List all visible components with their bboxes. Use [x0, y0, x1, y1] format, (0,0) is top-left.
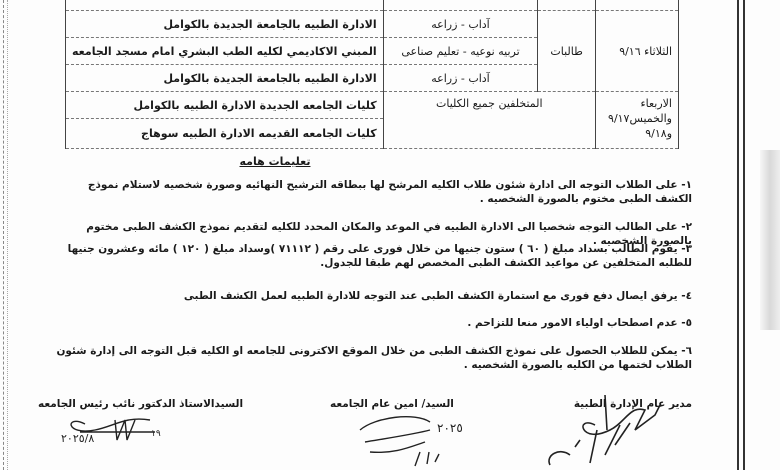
gender-cell: طالبات [538, 11, 596, 92]
location-cell [66, 0, 384, 11]
signature-secretary-general: ٢٠٢٥ [355, 412, 475, 470]
instruction-item-5: ٥- عدم اصطحاب اولياء الامور منعا للتزاحم… [52, 316, 692, 330]
day-cell [595, 0, 678, 11]
scan-edge-shadow [760, 150, 780, 330]
gender-cell [538, 0, 596, 11]
instruction-item-1: ١- على الطلاب التوجه الى ادارة شئون طلاب… [52, 178, 692, 206]
location-cell: الادارة الطبيه بالجامعة الجديدة بالكوامل [66, 11, 384, 38]
instruction-item-3: ٣- يقوم الطالب بسداد مبلغ ( ٦٠ ) ستون جن… [52, 242, 692, 270]
signature-medical-director [535, 385, 675, 470]
svg-text:١٩: ١٩ [151, 429, 161, 439]
location-cell: الادارة الطبيه بالجامعة الجديدة بالكوامل [66, 65, 384, 92]
signature-vice-president: ٢٠٢٥/٨ ١٩ [55, 410, 175, 450]
table-row: الاربعاء والخميس٩/١٧ و٩/١٨ المتخلفين جمي… [66, 92, 679, 119]
location-cell: المبني الاكاديمي لكليه الطب البشري امام … [66, 38, 384, 65]
faculty-cell: المتخلفين جميع الكليات [383, 92, 595, 149]
day-line: الاربعاء [602, 96, 672, 111]
instruction-item-4: ٤- يرفق ايصال دفع فورى مع استمارة الكشف … [52, 289, 692, 303]
location-cell: كليات الجامعه الجديدة الادارة الطبيه بال… [66, 92, 384, 119]
faculty-cell: آداب - زراعه [383, 11, 538, 38]
schedule-table: الثلاثاء ٩/١٦ طالبات آداب - زراعه الادار… [65, 0, 679, 149]
signature-title-secretary-general: السيد/ امين عام الجامعه [330, 398, 454, 410]
faculty-cell: تربيه نوعيه - تعليم صناعى [383, 38, 538, 65]
instructions-title: تعليمات هامه [0, 155, 780, 168]
signature-title-vice-president: السيدالاستاذ الدكتور نائب رئيس الجامعه [38, 398, 243, 410]
page-left-edge [3, 0, 8, 470]
svg-text:٢٠٢٥: ٢٠٢٥ [437, 421, 463, 435]
day-line: و٩/١٨ [602, 126, 672, 141]
day-cell: الثلاثاء ٩/١٦ [595, 11, 678, 92]
day-cell: الاربعاء والخميس٩/١٧ و٩/١٨ [595, 92, 678, 149]
day-line: والخميس٩/١٧ [602, 111, 672, 126]
instruction-item-6: ٦- يمكن للطلاب الحصول على نموذج الكشف ال… [52, 344, 692, 372]
svg-text:٢٠٢٥/٨: ٢٠٢٥/٨ [61, 432, 94, 445]
table-row: الثلاثاء ٩/١٦ طالبات آداب - زراعه الادار… [66, 11, 679, 38]
faculty-cell [383, 0, 538, 11]
table-row [66, 0, 679, 11]
location-cell: كليات الجامعه القديمه الادارة الطبيه سوه… [66, 119, 384, 149]
faculty-cell: آداب - زراعه [383, 65, 538, 92]
page-border-double-line [737, 0, 745, 470]
